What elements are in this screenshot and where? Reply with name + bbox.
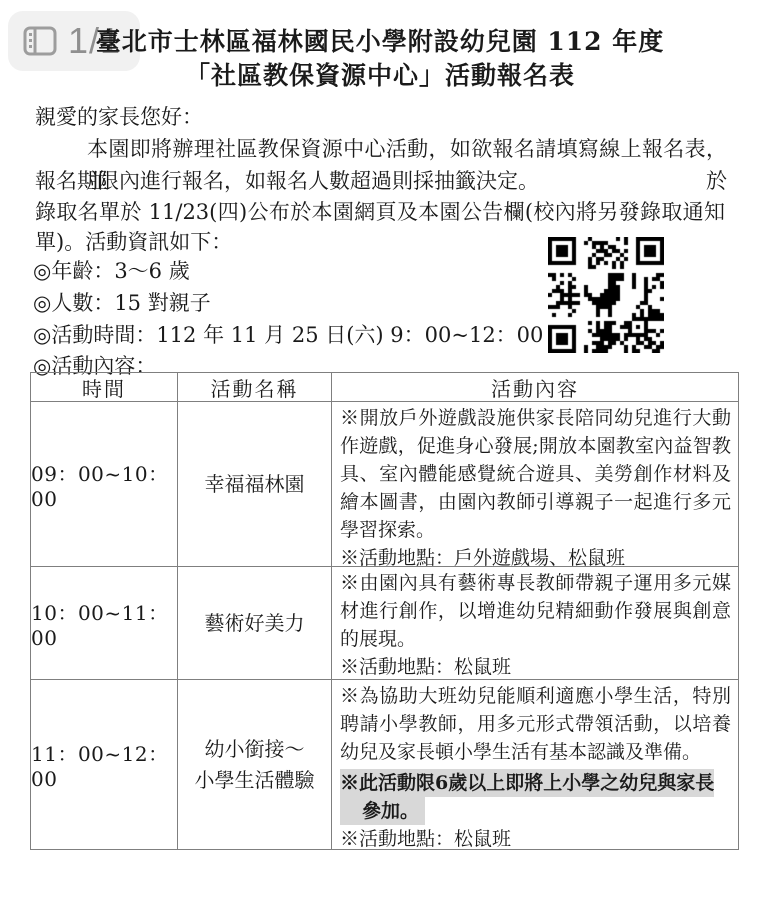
row1-location: ※活動地點：戶外遊戲場、松鼠班 [340, 544, 731, 567]
intro-line-2: 報名期限內進行報名，如報名人數超過則採抽籤決定。 [35, 165, 727, 197]
row2-paragraph: ※由園內具有藝術專長教師帶親子運用多元媒材進行創作，以增進幼兒精細動作發展與創意… [340, 569, 731, 653]
row1-content: ※開放戶外遊戲設施供家長陪同幼兒進行大動作遊戲，促進身心發展;開放本園教室內益智… [332, 402, 738, 567]
row3-activity-name-line1: 幼小銜接～ [205, 734, 305, 765]
document-title-line2: 「社區教保資源中心」活動報名表 [0, 56, 760, 92]
row1-activity-name: 幸福福林園 [178, 402, 332, 567]
table-header-activity-content: 活動內容 [332, 373, 738, 402]
row3-paragraph: ※為協助大班幼兒能順利適應小學生活，特別聘請小學教師，用多元形式帶領活動，以培養… [340, 682, 731, 766]
row3-time: 11：00~12：00 [31, 680, 178, 849]
intro-line-3: 錄取名單於 11/23(四)公布於本園網頁及本園公告欄(校內將另發錄取通知 [35, 196, 725, 228]
row3-highlight-line2: 參加。 [340, 797, 425, 825]
document-title-line1: 臺北市士林區福林國民小學附設幼兒園 112 年度 [0, 22, 760, 58]
table-header-time: 時間 [31, 373, 178, 402]
row3-content: ※為協助大班幼兒能順利適應小學生活，特別聘請小學教師，用多元形式帶領活動，以培養… [332, 680, 738, 849]
row3-highlight-line1: ※此活動限6歲以上即將上小學之幼兒與家長 [340, 769, 714, 797]
row3-activity-name-line2: 小學生活體驗 [195, 765, 315, 796]
table-header-activity-name: 活動名稱 [178, 373, 332, 402]
row3-activity-name: 幼小銜接～ 小學生活體驗 [178, 680, 332, 849]
greeting-line: 親愛的家長您好： [35, 101, 727, 133]
activity-table: 時間 活動名稱 活動內容 09：00~10：00 幸福福林園 ※開放戶外遊戲設施… [30, 372, 739, 850]
row1-paragraph: ※開放戶外遊戲設施供家長陪同幼兒進行大動作遊戲，促進身心發展;開放本園教室內益智… [340, 404, 731, 544]
row2-activity-name: 藝術好美力 [178, 567, 332, 680]
row2-content: ※由園內具有藝術專長教師帶親子運用多元媒材進行創作，以增進幼兒精細動作發展與創意… [332, 567, 738, 680]
row2-time: 10：00~11：00 [31, 567, 178, 680]
qr-code [548, 237, 664, 353]
row2-location: ※活動地點：松鼠班 [340, 653, 731, 680]
row1-time: 09：00~10：00 [31, 402, 178, 567]
row3-location: ※活動地點：松鼠班 [340, 825, 731, 849]
document-page: 1/1 臺北市士林區福林國民小學附設幼兒園 112 年度 「社區教保資源中心」活… [0, 0, 760, 917]
